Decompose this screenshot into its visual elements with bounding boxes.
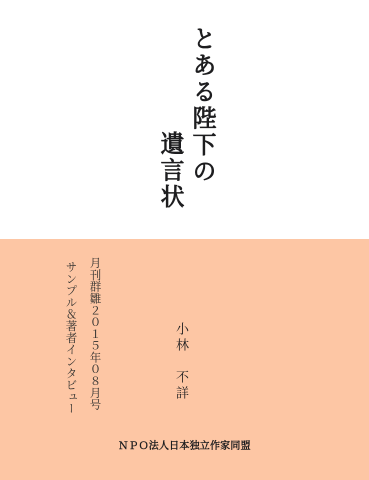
cover-top-section [0,0,369,239]
book-cover: とある陛下の 遺言状 月刊群雛２０１５年０８月号 サンプル＆著者インタビュー 小… [0,0,369,480]
book-title-line-1: とある陛下の [189,26,213,185]
book-title-line-2: 遺言状 [157,131,181,211]
author-name: 小林 不詳 [175,322,188,402]
issue-feature-label: サンプル＆著者インタビュー [64,261,76,414]
magazine-issue-label: 月刊群雛２０１５年０８月号 [88,257,100,410]
publisher-name: ＮＰＯ法人日本独立作家同盟 [0,437,369,452]
